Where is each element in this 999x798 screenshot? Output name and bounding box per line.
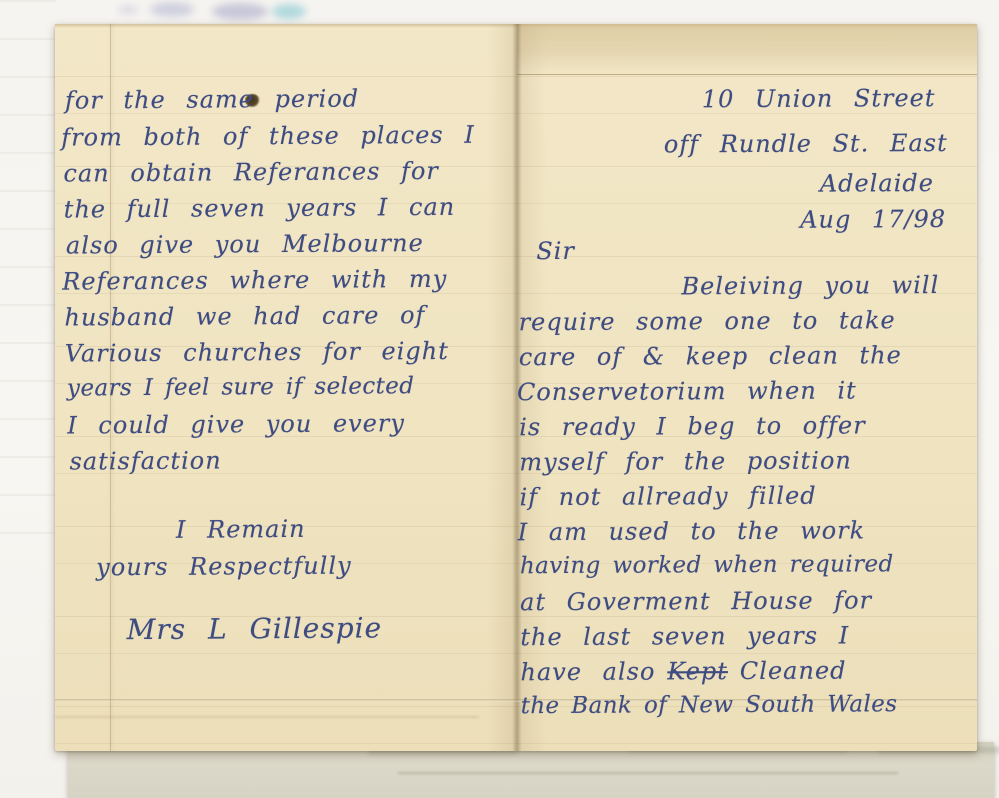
letter-page-right: 10 Union Street off Rundle St. East Adel… bbox=[515, 23, 979, 752]
letter-line: the last seven years I bbox=[520, 621, 849, 651]
letter-line: Conservetorium when it bbox=[517, 376, 857, 406]
salutation: Sir bbox=[536, 237, 575, 265]
address-line: Adelaide bbox=[820, 169, 976, 198]
closing-line: yours Respectfully bbox=[96, 552, 352, 582]
signature: Mrs L Gillespie bbox=[127, 611, 383, 646]
scanner-smudge bbox=[272, 4, 306, 19]
letter-line: myself for the position bbox=[519, 446, 852, 476]
letter-line: care of & keep clean the bbox=[519, 341, 902, 371]
letter-date: Aug 17/98 bbox=[800, 205, 976, 234]
letter-line: require some one to take bbox=[519, 306, 896, 336]
scanner-smudge bbox=[212, 3, 268, 20]
letter-line: years I feel sure if selected bbox=[67, 373, 415, 401]
address-line: off Rundle St. East bbox=[664, 129, 976, 159]
address-line: 10 Union Street bbox=[702, 84, 976, 113]
letter-line: Various churches for eight bbox=[65, 337, 449, 368]
letter-line: I could give you every bbox=[67, 409, 405, 439]
scanner-smudge bbox=[118, 6, 138, 14]
letter-line: Beleiving you will bbox=[681, 271, 939, 300]
letter-line: having worked when required bbox=[520, 551, 894, 579]
letter-line: for the same period bbox=[65, 84, 359, 114]
letter-line: husband we had care of bbox=[64, 301, 425, 332]
letter-page-left: for the same period from both of these p… bbox=[60, 22, 515, 752]
bleed-through-rule bbox=[398, 772, 898, 774]
letter-line: the Bank of New South Wales bbox=[521, 691, 898, 719]
letter-line: I am used to the work bbox=[518, 516, 866, 546]
letter-line: Referances where with my bbox=[62, 265, 447, 296]
struck-word: Kept bbox=[667, 657, 728, 685]
letter-line: satisfaction bbox=[69, 446, 221, 475]
letter-line: also give you Melbourne bbox=[66, 229, 424, 259]
letter-line: the full seven years I can bbox=[64, 193, 456, 224]
scanner-smudge bbox=[150, 2, 194, 17]
strike-line-pre: have also bbox=[520, 657, 655, 686]
letter-line: is ready I beg to offer bbox=[519, 411, 866, 441]
scanned-letter-document: for the same period from both of these p… bbox=[0, 0, 999, 798]
closing-line: I Remain bbox=[176, 515, 306, 544]
letter-line: at Goverment House for bbox=[520, 586, 872, 616]
letter-line: if not allready filled bbox=[519, 482, 816, 512]
letter-sheet: for the same period from both of these p… bbox=[55, 24, 977, 751]
letter-line: can obtain Referances for bbox=[63, 157, 439, 188]
letter-line: from both of these places I bbox=[61, 121, 475, 152]
scanner-margin-streaks bbox=[0, 0, 56, 560]
letter-line-with-strikethrough: have alsoKeptCleaned bbox=[520, 656, 846, 686]
strike-line-post: Cleaned bbox=[740, 656, 847, 685]
